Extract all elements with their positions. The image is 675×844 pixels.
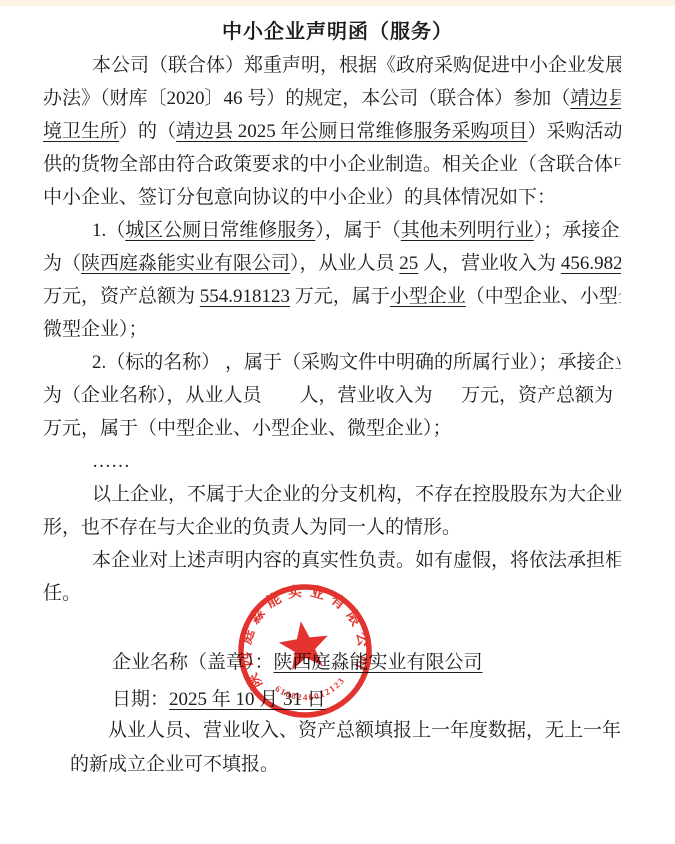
text-line: 本企业对上述声明内容的真实性负责。如有虚假，将依法承担相应责 xyxy=(43,544,621,577)
text-line: 2.（标的名称） ，属于（采购文件中明确的所属行业）；承接企业 xyxy=(43,346,621,379)
footer-note: 从业人员、营业收入、资产总额填报上一年度数据，无上一年度数据的新成立企业可不填报… xyxy=(70,714,622,782)
scan-edge-strip xyxy=(0,0,675,6)
text-segment: 微型企业）； xyxy=(43,319,148,340)
document-body: 本公司（联合体）郑重声明，根据《政府采购促进中小企业发展管理办法》（财库〔202… xyxy=(43,49,621,610)
filled-in-value: 2025 年 10 月 31 日 xyxy=(169,689,326,710)
text-segment: 为（ xyxy=(43,253,81,274)
text-line: 任。 xyxy=(43,577,621,610)
text-line: 为（陕西庭淼能实业有限公司），从业人员 25 人，营业收入为 456.98263… xyxy=(43,247,621,280)
text-line: 从业人员、营业收入、资产总额填报上一年度数据，无上一年度数据 xyxy=(70,714,622,748)
text-segment: 任。 xyxy=(43,583,81,604)
filled-in-value: 456.982632 xyxy=(561,253,621,274)
filled-in-value: 城区公厕日常维修服务 xyxy=(125,220,315,241)
text-segment: 万元，属于 xyxy=(290,286,390,307)
text-segment: ）采购活动，提 xyxy=(528,121,621,142)
text-segment: 1.（ xyxy=(92,220,125,241)
text-segment: 中小企业、签订分包意向协议的中小企业）的具体情况如下： xyxy=(43,187,556,208)
filled-in-value: 小型企业 xyxy=(390,286,466,307)
text-segment: ）的（ xyxy=(119,121,176,142)
text-segment: 万元，属于（中型企业、小型企业、微型企业）； xyxy=(43,418,452,439)
text-segment: 为（企业名称），从业人员 人，营业收入为 万元，资产总额为 xyxy=(43,385,613,406)
text-segment: 从业人员、营业收入、资产总额填报上一年度数据，无上一年度数据 xyxy=(108,720,622,741)
filled-in-value: 靖边县环 xyxy=(570,88,621,109)
text-segment: ），从业人员 xyxy=(290,253,399,274)
text-segment: 以上企业，不属于大企业的分支机构，不存在控股股东为大企业的情 xyxy=(92,484,621,505)
text-line: 为（企业名称），从业人员 人，营业收入为 万元，资产总额为 xyxy=(43,379,621,412)
text-segment: ）；承接企业 xyxy=(534,220,621,241)
text-line: 办法》（财库〔2020〕46 号）的规定，本公司（联合体）参加（靖边县环 xyxy=(43,82,621,115)
text-segment: 企业名称（盖章）： xyxy=(112,652,274,673)
text-line: 的新成立企业可不填报。 xyxy=(70,748,622,782)
text-line: 供的货物全部由符合政策要求的中小企业制造。相关企业（含联合体中的 xyxy=(43,148,621,181)
text-line: 企业名称（盖章）：陕西庭淼能实业有限公司 xyxy=(112,644,483,681)
text-line: 形，也不存在与大企业的负责人为同一人的情形。 xyxy=(43,511,621,544)
text-line: 中小企业、签订分包意向协议的中小企业）的具体情况如下： xyxy=(43,181,621,214)
text-line: 本公司（联合体）郑重声明，根据《政府采购促进中小企业发展管理 xyxy=(43,49,621,82)
text-line: 以上企业，不属于大企业的分支机构，不存在控股股东为大企业的情 xyxy=(43,478,621,511)
text-line: 微型企业）； xyxy=(43,313,621,346)
filled-in-value: 其他未列明行业 xyxy=(401,220,534,241)
text-segment: 本企业对上述声明内容的真实性负责。如有虚假，将依法承担相应责 xyxy=(92,550,621,571)
text-segment: 日期： xyxy=(112,689,169,710)
filled-in-value: 554.918123 xyxy=(200,286,290,307)
text-line: 万元，资产总额为 554.918123 万元，属于小型企业（中型企业、小型企业、 xyxy=(43,280,621,313)
text-line: 日期：2025 年 10 月 31 日 xyxy=(112,681,483,718)
filled-in-value: 25 xyxy=(399,253,418,274)
text-segment: 本公司（联合体）郑重声明，根据《政府采购促进中小企业发展管理 xyxy=(92,55,621,76)
filled-in-value: 陕西庭淼能实业有限公司 xyxy=(81,253,290,274)
text-segment: 供的货物全部由符合政策要求的中小企业制造。相关企业（含联合体中的 xyxy=(43,154,621,175)
text-segment: （中型企业、小型企业、 xyxy=(466,286,621,307)
text-line: 万元，属于（中型企业、小型企业、微型企业）； xyxy=(43,412,621,445)
text-line: 1.（城区公厕日常维修服务），属于（其他未列明行业）；承接企业 xyxy=(43,214,621,247)
text-line: …… xyxy=(43,445,621,478)
text-segment: 2.（标的名称） ，属于（采购文件中明确的所属行业）；承接企业 xyxy=(92,352,621,373)
text-segment: 形，也不存在与大企业的负责人为同一人的情形。 xyxy=(43,517,461,538)
text-segment: ），属于（ xyxy=(315,220,401,241)
filled-in-value: 境卫生所 xyxy=(43,121,119,142)
text-segment: 办法》（财库〔2020〕46 号）的规定，本公司（联合体）参加（ xyxy=(43,88,570,109)
signature-block: 企业名称（盖章）：陕西庭淼能实业有限公司日期：2025 年 10 月 31 日 xyxy=(112,644,483,718)
text-segment: 的新成立企业可不填报。 xyxy=(70,754,279,775)
text-segment: 万元，资产总额为 xyxy=(43,286,200,307)
text-line: 境卫生所）的（靖边县 2025 年公厕日常维修服务采购项目）采购活动，提 xyxy=(43,115,621,148)
text-segment: 人，营业收入为 xyxy=(418,253,561,274)
page-title: 中小企业声明函（服务） xyxy=(0,15,675,44)
filled-in-value: 陕西庭淼能实业有限公司 xyxy=(274,652,483,673)
filled-in-value: 靖边县 2025 年公厕日常维修服务采购项目 xyxy=(176,121,528,142)
text-segment: …… xyxy=(92,451,130,472)
